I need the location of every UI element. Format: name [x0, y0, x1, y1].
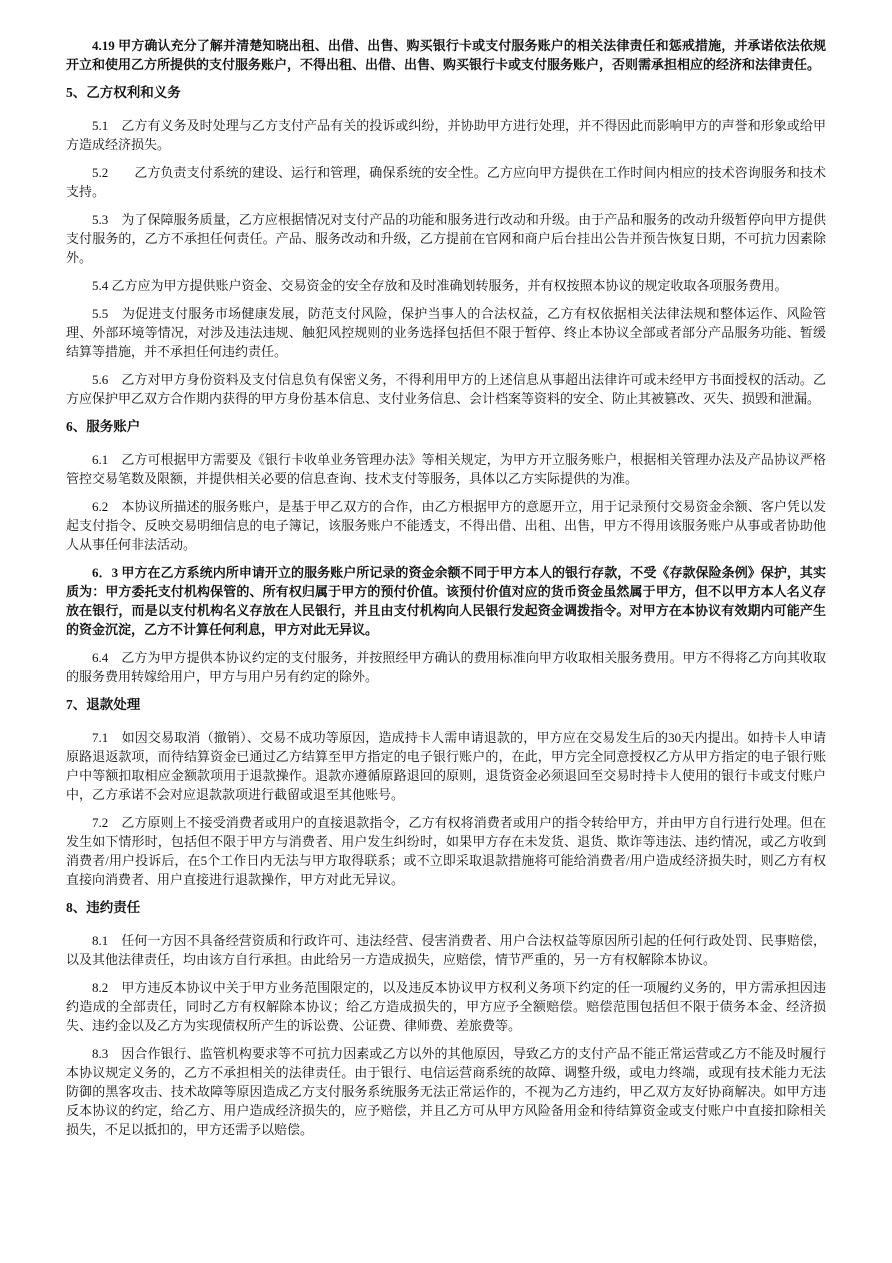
- clause-8-3: 8.3 因合作银行、监管机构要求等不可抗力因素或乙方以外的其他原因，导致乙方的支…: [66, 1044, 826, 1139]
- clause-6-3: 6．3 甲方在乙方系统内所申请开立的服务账户所记录的资金余额不同于甲方本人的银行…: [66, 563, 826, 639]
- clause-6-1: 6.1 乙方可根据甲方需要及《银行卡收单业务管理办法》等相关规定，为甲方开立服务…: [66, 450, 826, 488]
- section-heading-7: 7、退款处理: [66, 695, 826, 714]
- clause-8-1: 8.1 任何一方因不具备经营资质和行政许可、违法经营、侵害消费者、用户合法权益等…: [66, 931, 826, 969]
- section-heading-6: 6、服务账户: [66, 417, 826, 436]
- clause-4-19: 4.19 甲方确认充分了解并清楚知晓出租、出借、出售、购买银行卡或支付服务账户的…: [66, 36, 826, 74]
- section-heading-8: 8、违约责任: [66, 898, 826, 917]
- clause-7-2: 7.2 乙方原则上不接受消费者或用户的直接退款指令，乙方有权将消费者或用户的指令…: [66, 813, 826, 889]
- clause-7-1: 7.1 如因交易取消（撤销）、交易不成功等原因，造成持卡人需申请退款的，甲方应在…: [66, 728, 826, 804]
- clause-8-2: 8.2 甲方违反本协议中关于甲方业务范围限定的，以及违反本协议甲方权利义务项下约…: [66, 978, 826, 1035]
- clause-5-5: 5.5 为促进支付服务市场健康发展，防范支付风险，保护当事人的合法权益，乙方有权…: [66, 304, 826, 361]
- clause-5-6: 5.6 乙方对甲方身份资料及支付信息负有保密义务，不得利用甲方的上述信息从事超出…: [66, 370, 826, 408]
- document-page: 4.19 甲方确认充分了解并清楚知晓出租、出借、出售、购买银行卡或支付服务账户的…: [0, 0, 892, 1263]
- clause-6-2: 6.2 本协议所描述的服务账户，是基于甲乙双方的合作，由乙方根据甲方的意愿开立，…: [66, 497, 826, 554]
- section-heading-5: 5、乙方权利和义务: [66, 83, 826, 102]
- clause-5-2: 5.2 乙方负责支付系统的建设、运行和管理，确保系统的安全性。乙方应向甲方提供在…: [66, 163, 826, 201]
- clause-6-4: 6.4 乙方为甲方提供本协议约定的支付服务，并按照经甲方确认的费用标准向甲方收取…: [66, 648, 826, 686]
- clause-5-1: 5.1 乙方有义务及时处理与乙方支付产品有关的投诉或纠纷，并协助甲方进行处理，并…: [66, 116, 826, 154]
- clause-5-4: 5.4 乙方应为甲方提供账户资金、交易资金的安全存放和及时准确划转服务，并有权按…: [66, 276, 826, 295]
- clause-5-3: 5.3 为了保障服务质量，乙方应根据情况对支付产品的功能和服务进行改动和升级。由…: [66, 210, 826, 267]
